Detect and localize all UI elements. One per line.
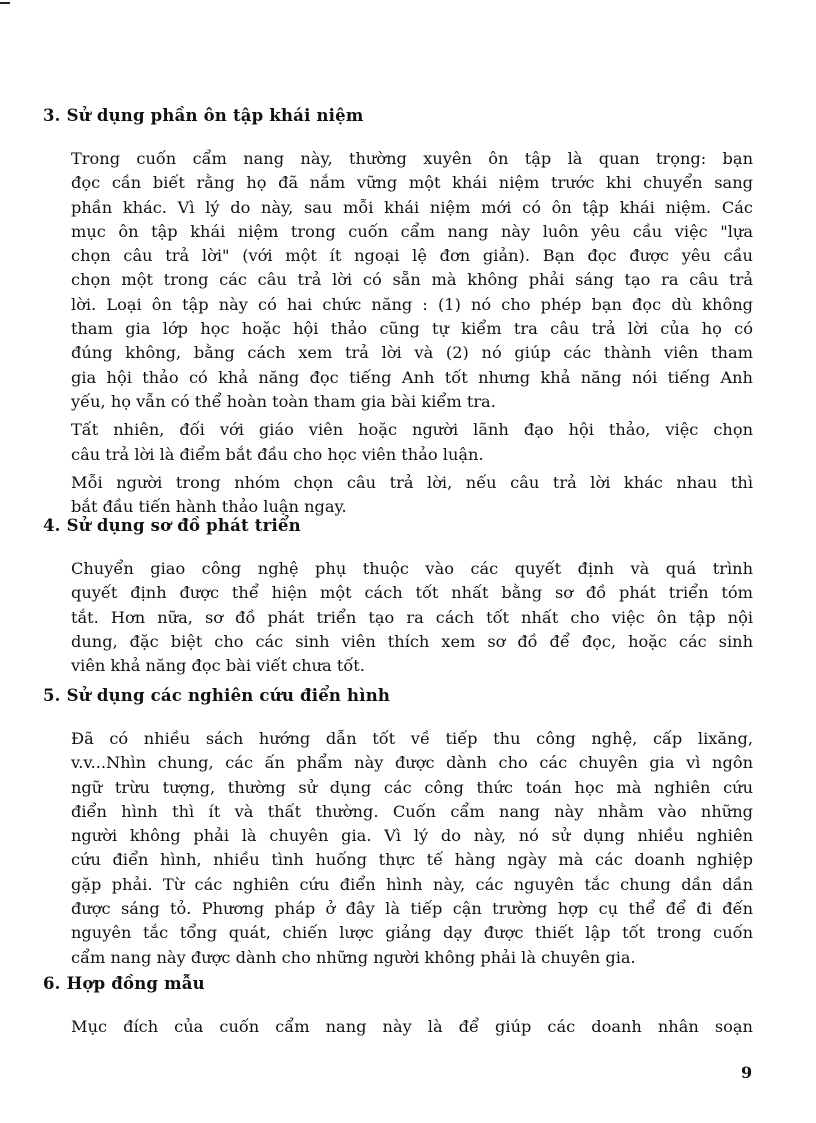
text-line: tham gia lớp học hoặc hội thảo cũng tự k… — [43, 317, 753, 341]
text-line: chọn câu trả lời" (với một ít ngoại lệ đ… — [43, 244, 753, 268]
paragraph: Tất nhiên, đối với giáo viên hoặc người … — [43, 418, 753, 467]
text-line: phần khác. Vì lý do này, sau mỗi khái ni… — [43, 196, 753, 220]
section-heading: 5. Sử dụng các nghiên cứu điển hình — [43, 685, 753, 707]
section-heading: 3. Sử dụng phần ôn tập khái niệm — [43, 105, 753, 127]
text-line: Chuyển giao công nghệ phụ thuộc vào các … — [43, 557, 753, 581]
text-line: mục ôn tập khái niệm trong cuốn cẩm nang… — [43, 220, 753, 244]
text-line: gặp phải. Từ các nghiên cứu điển hình nà… — [43, 873, 753, 897]
section-4: 4. Sử dụng sơ đồ phát triển Chuyển giao … — [43, 515, 753, 678]
section-5: 5. Sử dụng các nghiên cứu điển hình Đã c… — [43, 685, 753, 970]
text-line: quyết định được thể hiện một cách tốt nh… — [43, 581, 753, 605]
text-line: v.v...Nhìn chung, các ấn phẩm này được d… — [43, 751, 753, 775]
text-line: Đã có nhiều sách hướng dẫn tốt về tiếp t… — [43, 727, 753, 751]
text-line: lời. Loại ôn tập này có hai chức năng : … — [43, 293, 753, 317]
text-line: viên khả năng đọc bài viết chưa tốt. — [43, 654, 753, 678]
paragraph: Đã có nhiều sách hướng dẫn tốt về tiếp t… — [43, 727, 753, 970]
text-line: cứu điển hình, nhiều tình huống thực tế … — [43, 848, 753, 872]
text-line: gia hội thảo có khả năng đọc tiếng Anh t… — [43, 366, 753, 390]
text-line: dung, đặc biệt cho các sinh viên thích x… — [43, 630, 753, 654]
paragraph: Trong cuốn cẩm nang này, thường xuyên ôn… — [43, 147, 753, 414]
text-line: cẩm nang này được dành cho những người k… — [43, 946, 753, 970]
text-line: yếu, họ vẫn có thể hoàn toàn tham gia bà… — [43, 390, 753, 414]
text-line: chọn một trong các câu trả lời có sẵn mà… — [43, 268, 753, 292]
text-line: câu trả lời là điểm bắt đầu cho học viên… — [43, 443, 753, 467]
text-line: điển hình thì ít và thất thường. Cuốn cẩ… — [43, 800, 753, 824]
text-line: Tất nhiên, đối với giáo viên hoặc người … — [43, 418, 753, 442]
paragraph: Mỗi người trong nhóm chọn câu trả lời, n… — [43, 471, 753, 520]
paragraph: Chuyển giao công nghệ phụ thuộc vào các … — [43, 557, 753, 678]
section-heading: 4. Sử dụng sơ đồ phát triển — [43, 515, 753, 537]
paragraph: Mục đích của cuốn cẩm nang này là để giú… — [43, 1015, 753, 1039]
text-line: ngữ trừu tượng, thường sử dụng các công … — [43, 776, 753, 800]
text-line: nguyên tắc tổng quát, chiến lược giảng d… — [43, 921, 753, 945]
page-number: 9 — [741, 1063, 752, 1082]
section-heading: 6. Hợp đồng mẫu — [43, 973, 753, 995]
text-line: đọc cần biết rằng họ đã nắm vững một khá… — [43, 171, 753, 195]
text-line: tắt. Hơn nữa, sơ đồ phát triển tạo ra cá… — [43, 606, 753, 630]
text-line: Mỗi người trong nhóm chọn câu trả lời, n… — [43, 471, 753, 495]
section-3: 3. Sử dụng phần ôn tập khái niệm Trong c… — [43, 105, 753, 519]
text-line: đúng không, bằng cách xem trả lời và (2)… — [43, 341, 753, 365]
text-line: Mục đích của cuốn cẩm nang này là để giú… — [43, 1015, 753, 1039]
section-6: 6. Hợp đồng mẫu Mục đích của cuốn cẩm na… — [43, 973, 753, 1039]
scan-corner-mark — [0, 2, 10, 4]
text-line: người không phải là chuyên gia. Vì lý do… — [43, 824, 753, 848]
text-line: Trong cuốn cẩm nang này, thường xuyên ôn… — [43, 147, 753, 171]
text-line: được sáng tỏ. Phương pháp ở đây là tiếp … — [43, 897, 753, 921]
